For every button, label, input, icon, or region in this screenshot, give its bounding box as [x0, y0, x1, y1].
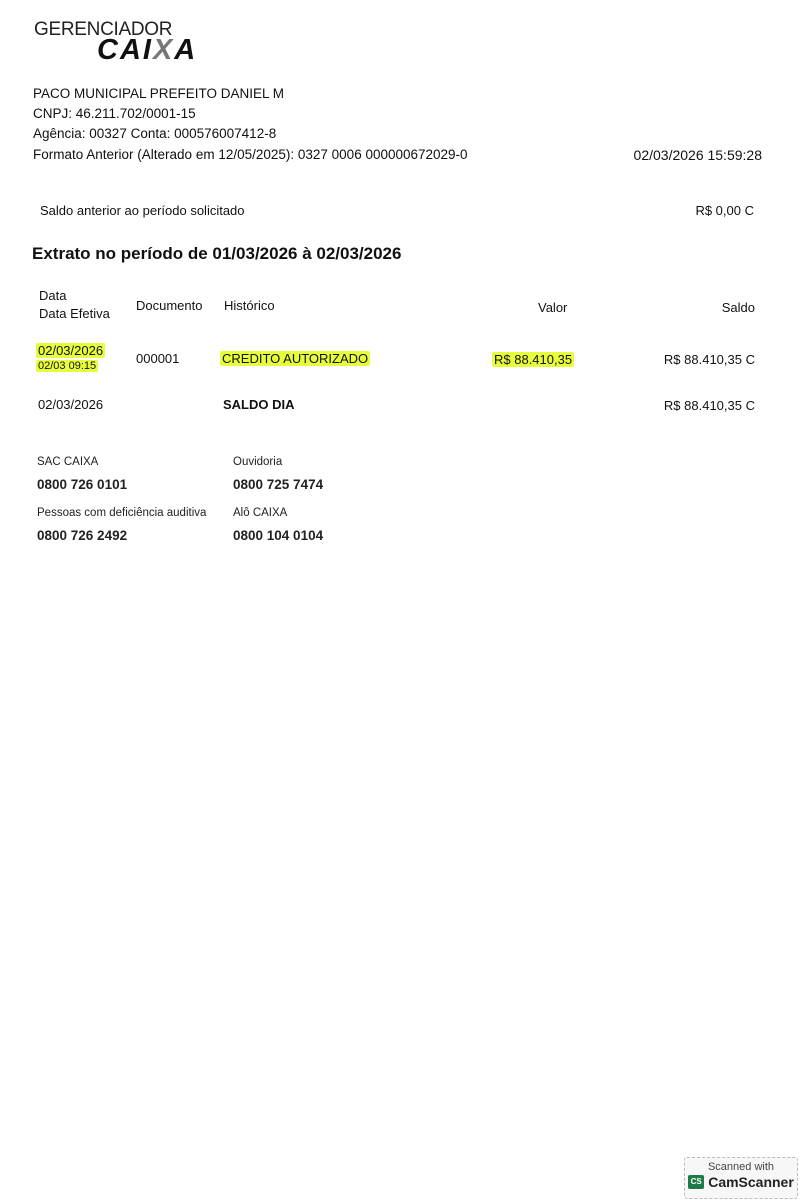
footer-sac-label: SAC CAIXA	[37, 456, 98, 468]
table-row-1-data: 02/03/2026	[36, 343, 105, 358]
footer-alo-label: Alô CAIXA	[233, 507, 287, 519]
logo-caixa-text-a: CAI	[97, 34, 153, 66]
row-1-valor: R$ 88.410,35	[492, 352, 574, 367]
saldo-anterior-value: R$ 0,00 C	[695, 203, 754, 218]
header-valor: Valor	[538, 299, 567, 317]
camscanner-name: CamScanner	[708, 1174, 794, 1190]
account-holder-name: PACO MUNICIPAL PREFEITO DANIEL M	[33, 86, 284, 101]
row-1-data-efetiva: 02/03 09:15	[36, 360, 98, 372]
table-row-2-data: 02/03/2026	[38, 397, 103, 412]
saldo-anterior-label: Saldo anterior ao período solicitado	[40, 203, 245, 218]
header-data: Data Data Efetiva	[39, 287, 110, 323]
footer-ouvidoria-label: Ouvidoria	[233, 456, 282, 468]
header-saldo: Saldo	[722, 299, 755, 317]
logo-caixa-text-b: A	[174, 34, 197, 66]
table-row-1-data-efetiva: 02/03 09:15	[36, 360, 98, 372]
camscanner-badge: Scanned with CS CamScanner	[684, 1157, 798, 1199]
cnpj: CNPJ: 46.211.702/0001-15	[33, 106, 196, 121]
row-1-historico: CREDITO AUTORIZADO	[220, 351, 370, 366]
table-row-1-saldo: R$ 88.410,35 C	[664, 352, 755, 367]
header-data-efetiva-label: Data Efetiva	[39, 305, 110, 323]
header-historico: Histórico	[224, 297, 275, 315]
timestamp: 02/03/2026 15:59:28	[634, 147, 762, 163]
agencia-conta: Agência: 00327 Conta: 000576007412-8	[33, 126, 276, 141]
formato-anterior: Formato Anterior (Alterado em 12/05/2025…	[33, 147, 468, 162]
footer-ouvidoria-number: 0800 725 7474	[233, 477, 323, 492]
table-row-1-valor: R$ 88.410,35	[492, 352, 574, 367]
footer-deficiencia-label: Pessoas com deficiência auditiva	[37, 507, 206, 519]
extrato-title: Extrato no período de 01/03/2026 à 02/03…	[32, 244, 401, 264]
table-row-1-documento: 000001	[136, 351, 179, 366]
footer-sac-number: 0800 726 0101	[37, 477, 127, 492]
row-1-data: 02/03/2026	[36, 343, 105, 358]
table-row-2-historico: SALDO DIA	[223, 397, 295, 412]
header-data-label: Data	[39, 287, 110, 305]
header-documento: Documento	[136, 297, 202, 315]
table-row-1-historico: CREDITO AUTORIZADO	[220, 351, 370, 366]
camscanner-top-text: Scanned with	[685, 1161, 797, 1173]
logo-caixa-x: X	[153, 34, 174, 66]
logo-caixa: CAIXA	[97, 34, 197, 67]
footer-alo-number: 0800 104 0104	[233, 528, 323, 543]
footer-deficiencia-number: 0800 726 2492	[37, 528, 127, 543]
table-row-2-saldo: R$ 88.410,35 C	[664, 398, 755, 413]
camscanner-icon: CS	[688, 1175, 704, 1189]
